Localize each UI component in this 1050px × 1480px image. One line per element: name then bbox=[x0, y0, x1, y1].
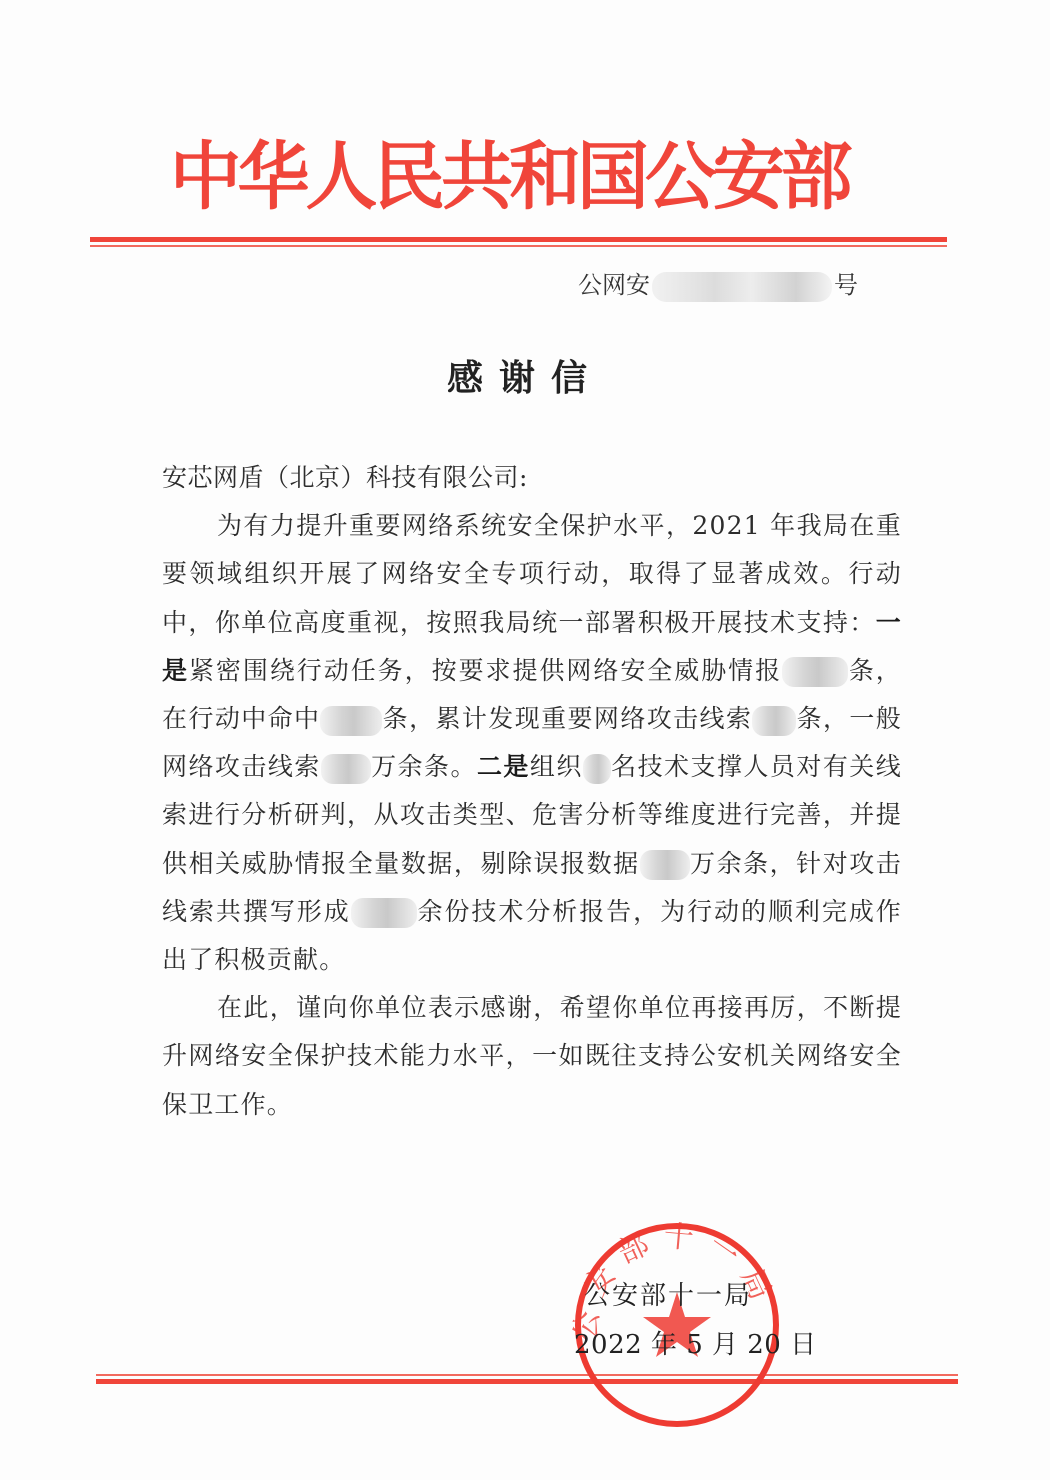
letterhead-issuer: 中华人民共和国公安部 bbox=[160, 132, 858, 222]
document-number-suffix: 号 bbox=[834, 271, 858, 299]
p1-text-7: 组织 bbox=[530, 752, 583, 781]
letterhead-rule-thin bbox=[90, 245, 947, 247]
redacted-value bbox=[320, 706, 382, 736]
footer-rule-thick bbox=[96, 1379, 958, 1384]
letter-title: 感谢信 bbox=[0, 350, 1050, 401]
paragraph-2: 在此，谨向你单位表示感谢，希望你单位再接再厉，不断提升网络安全保护技术能力水平，… bbox=[162, 984, 902, 1129]
p1-text-4: 条，累计发现重要网络攻击线索 bbox=[382, 704, 752, 733]
p1-text-2: 紧密围绕行动任务，按要求提供网络安全威胁情报 bbox=[189, 656, 782, 685]
footer-rule-thin bbox=[96, 1374, 958, 1376]
p1-emphasis-second: 二是 bbox=[477, 752, 530, 781]
redacted-number bbox=[652, 272, 832, 302]
p1-text-6: 万余条。 bbox=[371, 752, 477, 781]
document-number-prefix: 公网安 bbox=[578, 271, 650, 299]
p1-text-1: 为有力提升重要网络系统安全保护水平，2021 年我局在重要领域组织开展了网络安全… bbox=[162, 511, 902, 636]
letter-body: 安芯网盾（北京）科技有限公司: 为有力提升重要网络系统安全保护水平，2021 年… bbox=[162, 454, 902, 1129]
redacted-value bbox=[351, 898, 417, 928]
letter-page: 中华人民共和国公安部 公网安号 感谢信 安芯网盾（北京）科技有限公司: 为有力提… bbox=[0, 0, 1050, 1480]
redacted-value bbox=[640, 850, 690, 880]
letterhead-rule-thick bbox=[90, 237, 947, 242]
redacted-value bbox=[752, 706, 796, 736]
signature-organization: 公安部十一局 bbox=[584, 1275, 752, 1312]
redacted-value bbox=[583, 754, 611, 784]
signature-date: 2022 年 5 月 20 日 bbox=[574, 1324, 817, 1361]
document-number: 公网安号 bbox=[578, 268, 858, 302]
paragraph-1: 为有力提升重要网络系统安全保护水平，2021 年我局在重要领域组织开展了网络安全… bbox=[162, 502, 902, 984]
salutation: 安芯网盾（北京）科技有限公司: bbox=[162, 454, 902, 502]
redacted-value bbox=[782, 657, 848, 687]
redacted-value bbox=[321, 754, 371, 784]
